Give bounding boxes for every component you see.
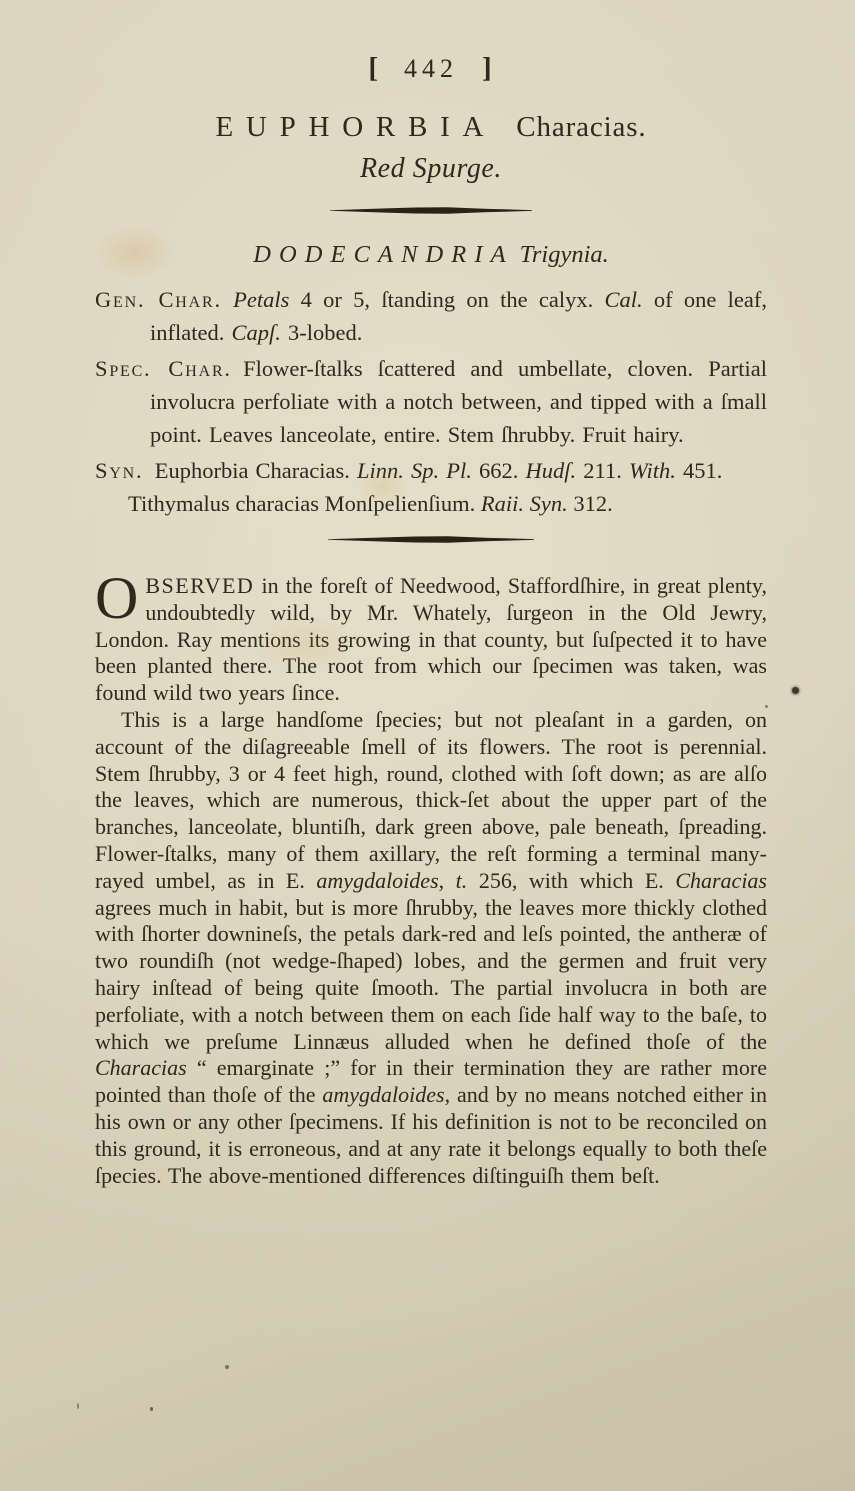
ink-speck: [225, 1365, 229, 1369]
folio-open-bracket: [: [368, 52, 380, 84]
divider-rule-top: [330, 207, 532, 214]
folio-number: 442: [404, 54, 458, 83]
common-name: Red Spurge.: [95, 153, 767, 185]
class-name: DODECANDRIA: [253, 241, 513, 268]
ink-speck: [792, 687, 799, 694]
syn-line2: Tithymalus characias Monſpelienſium. Rai…: [128, 487, 767, 520]
spec-char-text: Flower-ſtalks ſcattered and umbellate, c…: [150, 356, 767, 447]
order-name: Trigynia.: [520, 241, 609, 268]
species-title: EUPHORBIACharacias.: [95, 111, 767, 144]
lead-caps: BSERVED: [145, 573, 254, 598]
drop-cap: O: [95, 573, 145, 621]
syn-label: Syn.: [95, 458, 143, 483]
gen-char-label: Gen. Char.: [95, 287, 222, 312]
spec-char-paragraph: Spec. Char.Flower-ſtalks ſcattered and u…: [95, 352, 767, 451]
folio-close-bracket: ]: [482, 52, 494, 84]
ink-speck: [150, 1407, 153, 1411]
ink-speck: [77, 1403, 79, 1409]
taxonomy-line: DODECANDRIATrigynia.: [95, 241, 767, 269]
body-paragraph-2: This is a large handſome ſpecies; but no…: [95, 707, 767, 1189]
book-page: [442] EUPHORBIACharacias. Red Spurge. DO…: [0, 0, 855, 1491]
gen-char-text: Petals 4 or 5, ſtanding on the calyx. Ca…: [150, 287, 767, 345]
body-paragraph-1: OBSERVED in the foreſt of Needwood, Staf…: [95, 573, 767, 707]
syn-text: Euphorbia Characias. Linn. Sp. Pl. 662. …: [155, 458, 723, 483]
text-column: [442] EUPHORBIACharacias. Red Spurge. DO…: [0, 0, 855, 1189]
species-epithet: Characias.: [516, 111, 646, 143]
divider-rule-mid: [328, 536, 534, 543]
description-section: OBSERVED in the foreſt of Needwood, Staf…: [95, 573, 767, 1189]
spec-char-label: Spec. Char.: [95, 356, 232, 381]
gen-char-paragraph: Gen. Char.Petals 4 or 5, ſtanding on the…: [95, 283, 767, 349]
ink-speck: [765, 705, 768, 708]
genus-name: EUPHORBIA: [215, 111, 496, 143]
syn-paragraph: Syn.Euphorbia Characias. Linn. Sp. Pl. 6…: [95, 454, 767, 487]
page-number: [442]: [95, 52, 767, 85]
synopsis-section: Gen. Char.Petals 4 or 5, ſtanding on the…: [95, 283, 767, 520]
